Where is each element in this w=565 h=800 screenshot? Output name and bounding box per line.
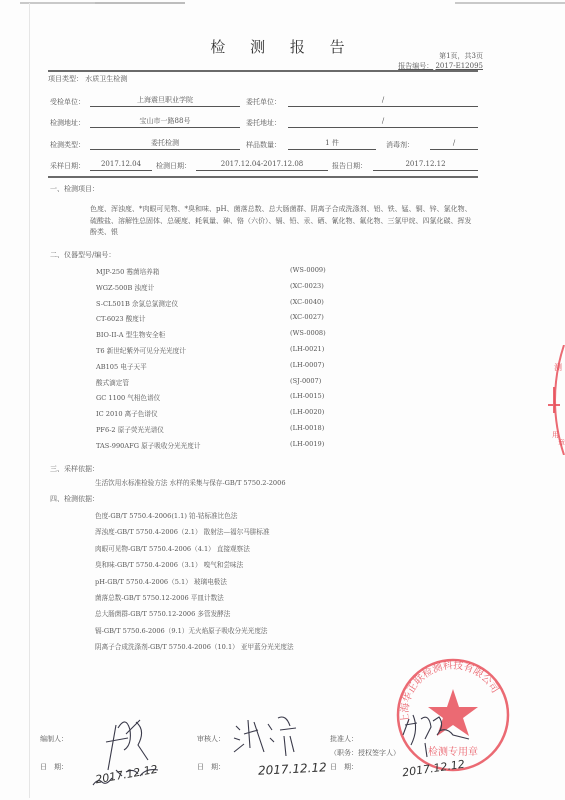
report-date-field: 2017.12.12	[373, 160, 478, 171]
instrument-name: T6 新世纪紫外可见分光光度计	[96, 345, 186, 355]
client-unit-label: 委托单位：	[246, 97, 281, 107]
project-type-value: 水质卫生检测	[85, 75, 127, 83]
report-number-label: 报告编号：	[398, 62, 433, 70]
header-rule	[48, 70, 478, 72]
test-items-list: 色度、浑浊度、*肉眼可见物、*臭和味、pH、菌落总数、总大肠菌群、阴离子合成洗涤…	[90, 204, 475, 239]
approver-signature	[395, 705, 480, 765]
instrument-code: (LH-0015)	[290, 392, 324, 400]
approver-date-label: 日 期：	[330, 762, 358, 772]
method-item: 浑浊度-GB/T 5750.4-2006（2.1） 散射法—福尔马肼标准	[95, 526, 270, 536]
section-methods-heading: 四、检测依据：	[50, 494, 99, 504]
instrument-name: GC 1100 气相色谱仪	[96, 392, 160, 402]
client-unit-field: /	[288, 96, 478, 107]
method-item: 镉-GB/T 5750.6-2006（9.1）无火焰原子吸收分光光度法	[95, 625, 268, 635]
inspected-unit-label: 受检单位：	[50, 97, 85, 107]
project-type-label: 项目类型：	[48, 75, 83, 83]
instrument-name: CT-6023 酸度计	[96, 313, 145, 323]
instrument-code: (XC-0027)	[290, 313, 324, 321]
method-item: 菌落总数-GB/T 5750.12-2006 平皿计数法	[95, 592, 224, 602]
instrument-code: (LH-0021)	[290, 345, 324, 353]
instrument-code: (WS-0008)	[290, 329, 326, 337]
instrument-name: TAS-990AFG 原子吸收分光光度计	[96, 440, 200, 450]
method-item: 总大肠菌群-GB/T 5750.12-2006 多管发酵法	[95, 608, 230, 618]
section-items-heading: 一、检测项目：	[50, 184, 99, 194]
approver-label: 批准人：	[330, 734, 358, 744]
test-type-field: 委托检测	[90, 139, 240, 150]
instrument-name: IC 2010 离子色谱仪	[96, 408, 158, 418]
instrument-code: (LH-0019)	[290, 440, 324, 448]
fields-rule	[48, 176, 478, 178]
reviewer-signature	[228, 708, 303, 758]
inspected-unit-field: 上海震旦职业学院	[90, 96, 240, 107]
page-info: 第1页，共3页	[439, 51, 483, 61]
compiler-date-label: 日 期：	[40, 762, 68, 772]
position-note: （职务：授权签字人）	[330, 748, 400, 758]
svg-text:用: 用	[552, 431, 559, 439]
reviewer-date-handwritten: 2017.12.12	[258, 760, 327, 778]
instrument-code: (SJ-0007)	[290, 377, 321, 385]
instrument-name: S-CL501B 余氯总氯测定仪	[96, 298, 178, 308]
section-instruments-heading: 二、仪器型号/编号：	[50, 250, 115, 260]
test-address-label: 检测地址：	[50, 118, 85, 128]
page-edge	[29, 3, 30, 798]
instrument-name: WGZ-500B 浊度计	[96, 282, 154, 292]
method-item: 阴离子合成洗涤剂-GB/T 5750.4-2006（10.1） 亚甲蓝分光光度法	[95, 641, 294, 651]
instrument-code: (LH-0018)	[290, 424, 324, 432]
reviewer-date-label: 日 期：	[197, 762, 225, 772]
method-item: 肉眼可见物-GB/T 5750.4-2006（4.1） 直接观察法	[95, 543, 250, 553]
instrument-name: MJP-250 霉菌培养箱	[96, 266, 159, 276]
method-item: 臭和味-GB/T 5750.4-2006（3.1） 嗅气和尝味法	[95, 559, 243, 569]
project-type: 项目类型： 水质卫生检测	[48, 74, 127, 84]
instrument-code: (LH-0007)	[290, 361, 324, 369]
instrument-code: (XC-0040)	[290, 298, 324, 306]
method-item: pH-GB/T 5750.4-2006（5.1） 玻璃电极法	[95, 576, 227, 586]
reviewer-label: 审核人：	[197, 734, 225, 744]
test-date-field: 2017.12.04-2017.12.08	[196, 160, 328, 171]
instrument-code: (LH-0020)	[290, 408, 324, 416]
test-type-label: 检测类型：	[50, 140, 85, 150]
instrument-name: AB105 电子天平	[96, 361, 147, 371]
svg-text:章: 章	[558, 438, 565, 447]
compiler-label: 编制人：	[40, 734, 68, 744]
disinfectant-label: 消毒剂：	[386, 140, 414, 150]
sample-qty-label: 样品数量：	[246, 140, 281, 150]
test-address-field: 宝山市一路88号	[90, 117, 240, 128]
sample-qty-field: 1 件	[288, 139, 376, 150]
method-item: 色度-GB/T 5750.4-2006(1.1) 铂-钴标准比色法	[95, 510, 237, 520]
sampling-date-field: 2017.12.04	[90, 160, 152, 171]
instrument-name: 酸式滴定管	[96, 377, 129, 387]
client-address-label: 委托地址：	[246, 118, 281, 128]
test-date-label: 检测日期：	[156, 161, 191, 171]
client-address-field: /	[288, 117, 478, 128]
cross-page-seal: 测 用 章	[542, 345, 565, 455]
report-date-label: 报告日期：	[332, 161, 367, 171]
instrument-code: (XC-0023)	[290, 282, 324, 290]
report-number-value: 2017-E12095	[435, 62, 483, 70]
disinfectant-field: /	[430, 139, 478, 150]
instrument-name: BIO-II-A 型生物安全柜	[96, 329, 165, 339]
sampling-basis: 生活饮用水标准检验方法 水样的采集与保存-GB/T 5750.2-2006	[95, 477, 286, 487]
instrument-name: PF6-2 原子荧光光谱仪	[96, 424, 164, 434]
scan-edge	[95, 2, 185, 4]
scan-edge	[455, 2, 565, 4]
sampling-date-label: 采样日期：	[50, 161, 85, 171]
section-sampling-heading: 三、采样依据：	[50, 464, 99, 474]
svg-text:测: 测	[554, 362, 562, 372]
instrument-code: (WS-0009)	[290, 266, 326, 274]
